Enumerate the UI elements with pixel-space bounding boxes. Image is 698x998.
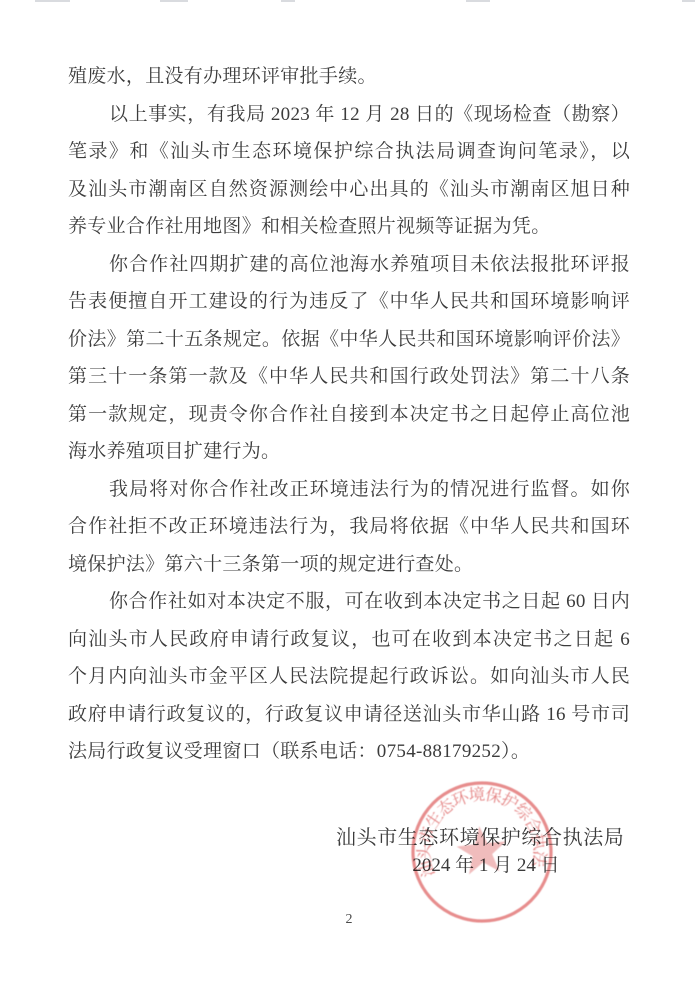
body-line: 政府申请行政复议的，行政复议申请径送汕头市华山路 16 号市司 (68, 696, 630, 734)
body-line: 养专业合作社用地图》和相关检查照片视频等证据为凭。 (68, 208, 630, 246)
body-line: 你合作社如对本决定不服，可在收到本决定书之日起 60 日内 (68, 583, 630, 621)
body-line: 第三十一条第一款及《中华人民共和国行政处罚法》第二十八条 (68, 358, 630, 396)
issuing-agency: 汕头市生态环境保护综合执法局 (336, 824, 606, 852)
paragraph-5: 你合作社如对本决定不服，可在收到本决定书之日起 60 日内 向汕头市人民政府申请… (68, 583, 630, 771)
scan-artifact (682, 0, 695, 2)
body-line: 向汕头市人民政府申请行政复议，也可在收到本决定书之日起 6 (68, 621, 630, 659)
signature-block: 汕头市生态环境保护综合执法局 2024 年 1 月 24 日 (336, 824, 606, 880)
issue-date: 2024 年 1 月 24 日 (336, 852, 606, 880)
body-line: 以上事实，有我局 2023 年 12 月 28 日的《现场检查（勘察） (68, 96, 630, 134)
body-line: 境保护法》第六十三条第一项的规定进行查处。 (68, 546, 630, 584)
body-line: 我局将对你合作社改正环境违法行为的情况进行监督。如你 (68, 471, 630, 509)
scan-artifact (466, 0, 490, 2)
scan-artifact (281, 0, 295, 2)
scan-artifact (35, 0, 70, 2)
paragraph-3: 你合作社四期扩建的高位池海水养殖项目未依法报批环评报 告表便擅自开工建设的行为违… (68, 246, 630, 471)
body-line: 合作社拒不改正环境违法行为，我局将依据《中华人民共和国环 (68, 508, 630, 546)
body-line: 个月内向汕头市金平区人民法院提起行政诉讼。如向汕头市人民 (68, 658, 630, 696)
body-line: 价法》第二十五条规定。依据《中华人民共和国环境影响评价法》 (68, 321, 630, 359)
body-line: 法局行政复议受理窗口（联系电话：0754-88179252）。 (68, 733, 630, 771)
body-line: 海水养殖项目扩建行为。 (68, 433, 630, 471)
body-text: 殖废水，且没有办理环评审批手续。 以上事实，有我局 2023 年 12 月 28… (68, 58, 630, 771)
scan-artifact (160, 0, 188, 2)
paragraph-2: 以上事实，有我局 2023 年 12 月 28 日的《现场检查（勘察） 笔录》和… (68, 96, 630, 246)
body-line: 第一款规定，现责令你合作社自接到本决定书之日起停止高位池 (68, 396, 630, 434)
paragraph-4: 我局将对你合作社改正环境违法行为的情况进行监督。如你 合作社拒不改正环境违法行为… (68, 471, 630, 584)
body-line: 你合作社四期扩建的高位池海水养殖项目未依法报批环评报 (68, 246, 630, 284)
body-line: 殖废水，且没有办理环评审批手续。 (68, 58, 630, 96)
body-line: 告表便擅自开工建设的行为违反了《中华人民共和国环境影响评 (68, 283, 630, 321)
body-line: 及汕头市潮南区自然资源测绘中心出具的《汕头市潮南区旭日种 (68, 171, 630, 209)
page-number: 2 (0, 912, 698, 928)
paragraph-1: 殖废水，且没有办理环评审批手续。 (68, 58, 630, 96)
document-page: 殖废水，且没有办理环评审批手续。 以上事实，有我局 2023 年 12 月 28… (0, 0, 698, 998)
body-line: 笔录》和《汕头市生态环境保护综合执法局调查询问笔录》，以 (68, 133, 630, 171)
